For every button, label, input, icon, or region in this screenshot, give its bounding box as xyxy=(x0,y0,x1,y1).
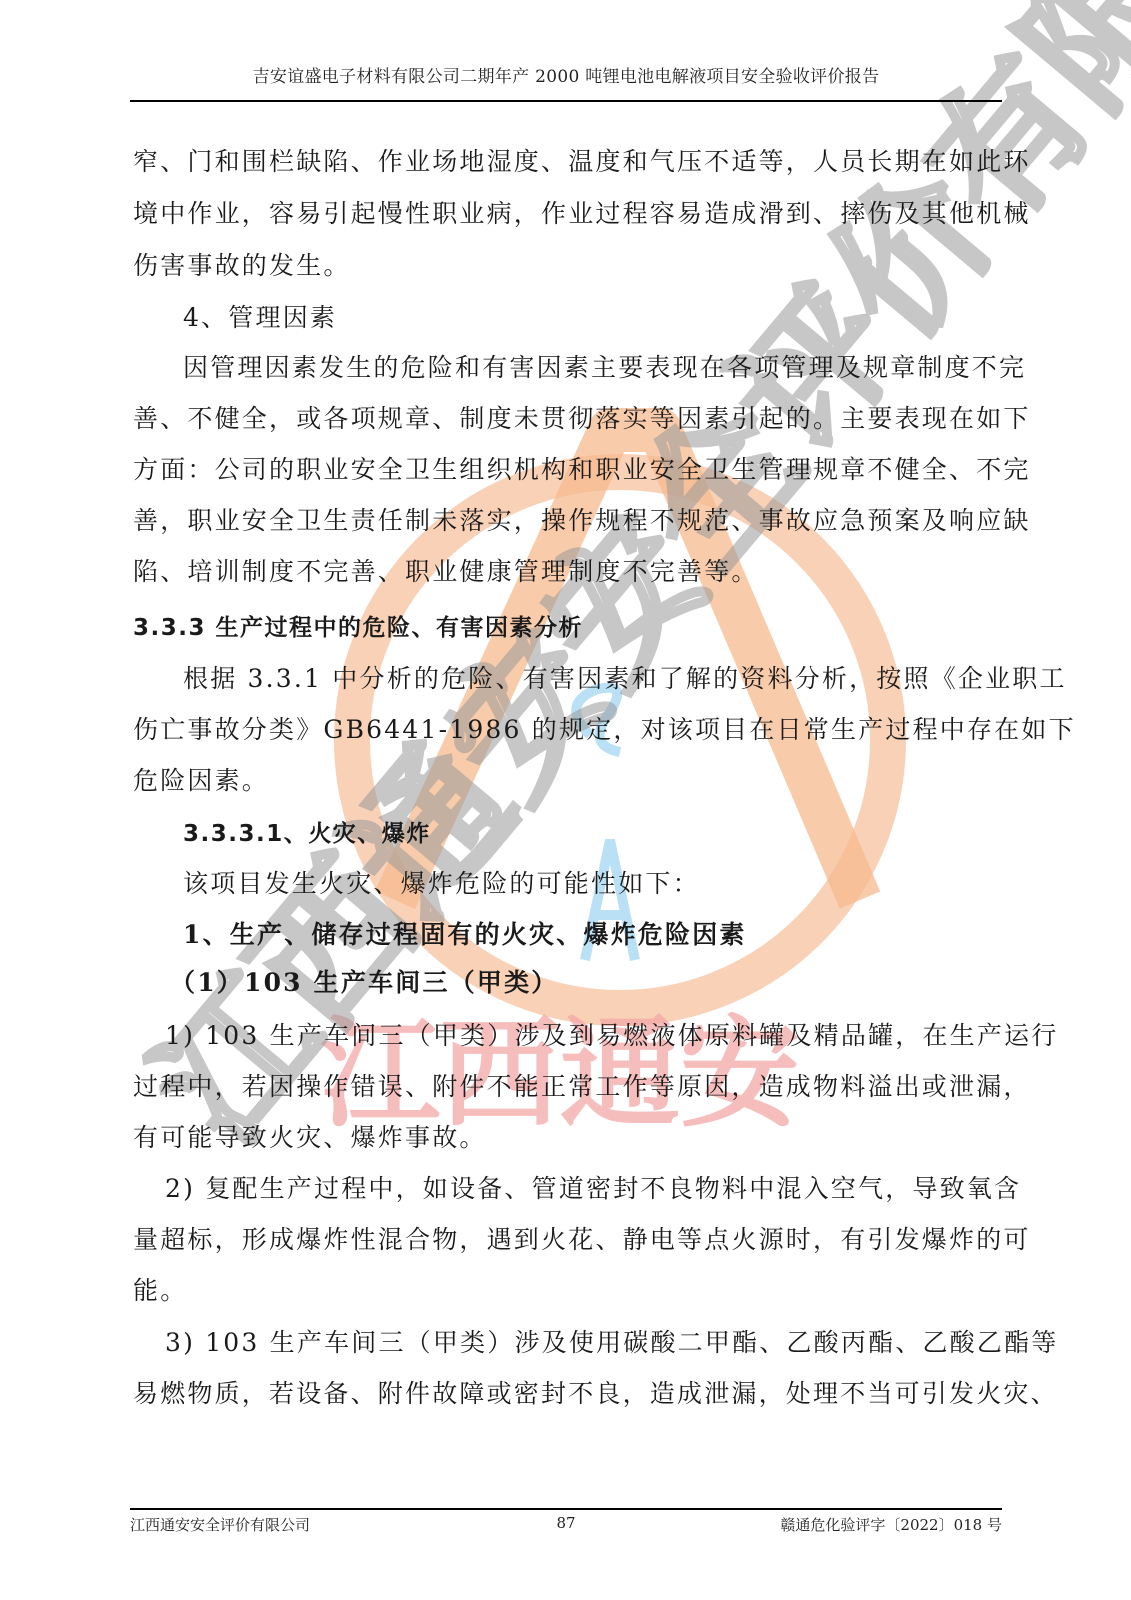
paragraph-line: 易燃物质，若设备、附件故障或密封不良，造成泄漏，处理不当可引发火灾、 xyxy=(133,1379,1058,1409)
paragraph-line: 方面：公司的职业安全卫生组织机构和职业安全卫生管理规章不健全、不完 xyxy=(133,455,1031,485)
watermark-logo-icon: 江西通安 江西通安安全评价有限公司 xyxy=(0,0,1131,1600)
paragraph-line: 窄、门和围栏缺陷、作业场地湿度、温度和气压不适等，人员长期在如此环 xyxy=(133,147,1031,177)
running-header: 吉安谊盛电子材料有限公司二期年产 2000 吨锂电池电解液项目安全验收评价报告 xyxy=(130,62,1002,87)
paragraph-line: 境中作业，容易引起慢性职业病，作业过程容易造成滑到、摔伤及其他机械 xyxy=(133,199,1031,229)
paragraph-line: 有可能导致火灾、爆炸事故。 xyxy=(133,1123,487,1153)
list-item: 1) 103 生产车间三（甲类）涉及到易燃液体原料罐及精品罐，在生产运行 xyxy=(165,1021,1058,1051)
footer-divider xyxy=(130,1508,1002,1510)
page-number: 87 xyxy=(556,1514,575,1532)
document-page: 江西通安 江西通安安全评价有限公司 吉安谊盛电子材料有限公司二期年产 2000 … xyxy=(0,0,1131,1600)
footer-doc-number: 赣通危化验评字〔2022〕018 号 xyxy=(780,1514,1002,1535)
paragraph-line: 伤害事故的发生。 xyxy=(133,251,351,281)
paragraph-line: 伤亡事故分类》GB6441-1986 的规定，对该项目在日常生产过程中存在如下 xyxy=(133,715,1076,745)
paragraph-line: 能。 xyxy=(133,1276,187,1306)
footer-company: 江西通安安全评价有限公司 xyxy=(130,1514,310,1535)
subheading-management: 4、管理因素 xyxy=(183,303,337,333)
list-item: 3) 103 生产车间三（甲类）涉及使用碳酸二甲酯、乙酸丙酯、乙酸乙酯等 xyxy=(165,1328,1058,1358)
section-heading-3-3-3-1: 3.3.3.1、火灾、爆炸 xyxy=(183,819,431,849)
paragraph-line: 因管理因素发生的危险和有害因素主要表现在各项管理及规章制度不完 xyxy=(183,353,1026,383)
header-divider xyxy=(130,100,1002,102)
paragraph-line: 危险因素。 xyxy=(133,766,269,796)
list-item: 2) 复配生产过程中，如设备、管道密封不良物料中混入空气，导致氧含 xyxy=(165,1174,1021,1204)
paragraph-line: 善、不健全，或各项规章、制度未贯彻落实等因素引起的。主要表现在如下 xyxy=(133,404,1031,434)
paragraph-line: 量超标，形成爆炸性混合物，遇到火花、静电等点火源时，有引发爆炸的可 xyxy=(133,1225,1031,1255)
paragraph-line: 善，职业安全卫生责任制未落实，操作规程不规范、事故应急预案及响应缺 xyxy=(133,506,1031,536)
paragraph-line: 根据 3.3.1 中分析的危险、有害因素和了解的资料分析，按照《企业职工 xyxy=(183,664,1067,694)
paragraph-line: 该项目发生火灾、爆炸危险的可能性如下： xyxy=(183,869,700,899)
paragraph-line: 陷、培训制度不完善、职业健康管理制度不完善等。 xyxy=(133,557,759,587)
subheading-workshop-103: （1）103 生产车间三（甲类） xyxy=(170,968,559,998)
section-heading-3-3-3: 3.3.3 生产过程中的危险、有害因素分析 xyxy=(133,613,583,643)
subheading-fire-explosion-factors: 1、生产、储存过程固有的火灾、爆炸危险因素 xyxy=(183,920,747,950)
paragraph-line: 过程中，若因操作错误、附件不能正常工作等原因，造成物料溢出或泄漏， xyxy=(133,1072,1031,1102)
